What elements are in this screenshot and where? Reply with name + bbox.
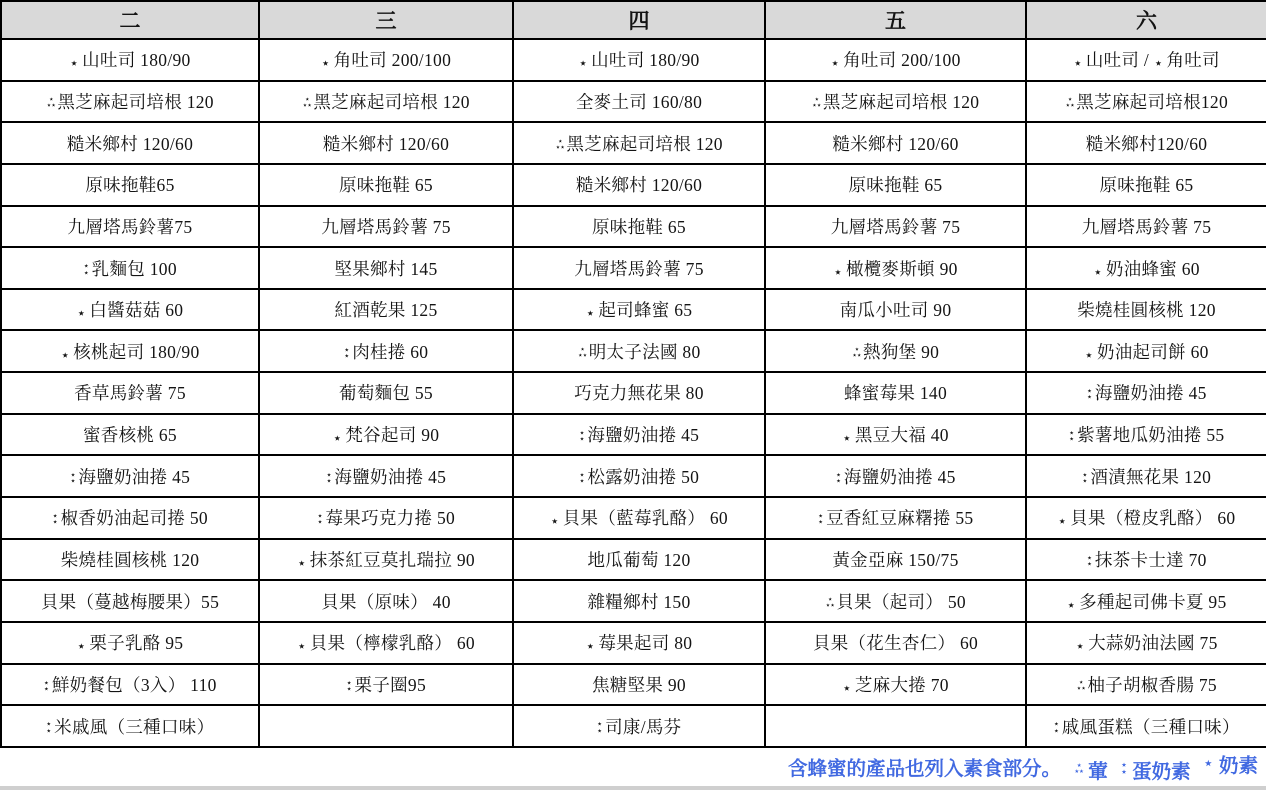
menu-cell: ⋆大蒜奶油法國 75	[1026, 622, 1266, 664]
menu-cell: ⋆⋆⋆黑芝麻起司培根 120	[513, 122, 765, 164]
menu-cell: ⋆⋆米戚風（三種口味）	[1, 705, 259, 747]
meat-marker-icon: ⋆⋆⋆	[577, 348, 586, 359]
milk-marker-icon: ⋆	[69, 56, 79, 71]
milk-marker-icon: ⋆	[333, 431, 343, 446]
menu-row: ⋆山吐司 180/90⋆角吐司 200/100⋆山吐司 180/90⋆角吐司 2…	[1, 39, 1266, 81]
legend-note: 含蜂蜜的產品也列入素食部分。	[788, 753, 1061, 781]
ovo-marker-icon: ⋆⋆	[70, 473, 77, 485]
menu-cell: ⋆⋆豆香紅豆麻糬捲 55	[765, 497, 1026, 539]
menu-cell: 南瓜小吐司 90	[765, 289, 1026, 331]
ovo-marker-icon: ⋆⋆	[344, 348, 351, 360]
menu-cell: 蜜香核桃 65	[1, 414, 259, 456]
milk-marker-icon: ⋆	[1075, 639, 1085, 654]
menu-cell: ⋆梵谷起司 90	[259, 414, 513, 456]
menu-cell: 原味拖鞋 65	[765, 164, 1026, 206]
menu-cell: 柴燒桂圓核桃 120	[1, 539, 259, 581]
menu-row: 香草馬鈴薯 75葡萄麵包 55巧克力無花果 80蜂蜜莓果 140⋆⋆海鹽奶油捲 …	[1, 372, 1266, 414]
milk-marker-icon: ⋆	[1058, 514, 1068, 529]
menu-cell: ⋆莓果起司 80	[513, 622, 765, 664]
milk-marker-icon: ⋆	[1066, 598, 1076, 613]
menu-cell: 全麥土司 160/80	[513, 81, 765, 123]
menu-cell: ⋆⋆栗子圈95	[259, 664, 513, 706]
menu-cell: 堅果鄉村 145	[259, 247, 513, 289]
ovo-marker-icon: ⋆⋆	[83, 264, 90, 276]
menu-row: ⋆⋆海鹽奶油捲 45⋆⋆海鹽奶油捲 45⋆⋆松露奶油捲 50⋆⋆海鹽奶油捲 45…	[1, 455, 1266, 497]
menu-cell: ⋆抹茶紅豆莫扎瑞拉 90	[259, 539, 513, 581]
milk-marker-icon: ⋆	[830, 56, 840, 71]
meat-marker-icon: ⋆⋆⋆	[825, 598, 834, 609]
menu-row: 貝果（蔓越梅腰果）55貝果（原味） 40雜糧鄉村 150⋆⋆⋆貝果（起司） 50…	[1, 580, 1266, 622]
ovo-marker-icon: ⋆⋆	[1069, 431, 1076, 443]
menu-row: 糙米鄉村 120/60糙米鄉村 120/60⋆⋆⋆黑芝麻起司培根 120糙米鄉村…	[1, 122, 1266, 164]
menu-cell: ⋆⋆⋆柚子胡椒香腸 75	[1026, 664, 1266, 706]
menu-cell: ⋆貝果（橙皮乳酪） 60	[1026, 497, 1266, 539]
milk-marker-icon: ⋆	[1073, 56, 1083, 71]
menu-cell: ⋆角吐司 200/100	[765, 39, 1026, 81]
menu-cell: 九層塔馬鈴薯 75	[259, 206, 513, 248]
legend-label: 葷	[1088, 756, 1108, 784]
menu-cell: 葡萄麵包 55	[259, 372, 513, 414]
ovo-marker-icon: ⋆⋆	[1121, 763, 1127, 775]
ovo-marker-icon: ⋆⋆	[1086, 389, 1093, 401]
menu-row: ⋆栗子乳酪 95⋆貝果（檸檬乳酪） 60⋆莓果起司 80貝果（花生杏仁） 60⋆…	[1, 622, 1266, 664]
day-header: 三	[259, 1, 513, 39]
menu-cell: ⋆⋆松露奶油捲 50	[513, 455, 765, 497]
milk-marker-icon: ⋆	[1093, 265, 1103, 280]
menu-body: ⋆山吐司 180/90⋆角吐司 200/100⋆山吐司 180/90⋆角吐司 2…	[1, 39, 1266, 747]
milk-marker-icon: ⋆	[1154, 56, 1164, 71]
menu-cell: ⋆山吐司 / ⋆角吐司	[1026, 39, 1266, 81]
menu-cell	[765, 705, 1026, 747]
weekly-menu-table: 二三四五六 ⋆山吐司 180/90⋆角吐司 200/100⋆山吐司 180/90…	[0, 0, 1266, 748]
menu-cell: ⋆⋆鮮奶餐包（3入） 110	[1, 664, 259, 706]
menu-cell: ⋆⋆抹茶卡士達 70	[1026, 539, 1266, 581]
meat-marker-icon: ⋆⋆⋆	[812, 98, 821, 109]
day-header: 二	[1, 1, 259, 39]
weekly-menu-page: 二三四五六 ⋆山吐司 180/90⋆角吐司 200/100⋆山吐司 180/90…	[0, 0, 1266, 790]
ovo-marker-icon: ⋆⋆	[579, 473, 586, 485]
menu-cell: ⋆⋆紫薯地瓜奶油捲 55	[1026, 414, 1266, 456]
menu-cell: ⋆山吐司 180/90	[1, 39, 259, 81]
menu-cell: 九層塔馬鈴薯 75	[765, 206, 1026, 248]
legend-item: ⋆⋆蛋奶素	[1121, 756, 1191, 784]
menu-cell: ⋆芝麻大捲 70	[765, 664, 1026, 706]
menu-cell: 貝果（蔓越梅腰果）55	[1, 580, 259, 622]
menu-cell: ⋆⋆司康/馬芬	[513, 705, 765, 747]
ovo-marker-icon: ⋆⋆	[1053, 722, 1060, 734]
menu-cell: ⋆起司蜂蜜 65	[513, 289, 765, 331]
menu-row: ⋆⋆椒香奶油起司捲 50⋆⋆莓果巧克力捲 50⋆貝果（藍莓乳酪） 60⋆⋆豆香紅…	[1, 497, 1266, 539]
menu-cell: 九層塔馬鈴薯75	[1, 206, 259, 248]
menu-row: ⋆核桃起司 180/90⋆⋆肉桂捲 60⋆⋆⋆明太子法國 80⋆⋆⋆熱狗堡 90…	[1, 330, 1266, 372]
ovo-marker-icon: ⋆⋆	[52, 514, 59, 526]
menu-cell: ⋆⋆肉桂捲 60	[259, 330, 513, 372]
menu-row: ⋆⋆乳麵包 100堅果鄉村 145九層塔馬鈴薯 75⋆橄欖麥斯頓 90⋆奶油蜂蜜…	[1, 247, 1266, 289]
menu-cell: ⋆核桃起司 180/90	[1, 330, 259, 372]
menu-cell: 香草馬鈴薯 75	[1, 372, 259, 414]
menu-cell: 九層塔馬鈴薯 75	[1026, 206, 1266, 248]
menu-cell: ⋆⋆⋆黑芝麻起司培根 120	[1, 81, 259, 123]
milk-marker-icon: ⋆	[77, 306, 87, 321]
menu-row: 蜜香核桃 65⋆梵谷起司 90⋆⋆海鹽奶油捲 45⋆黑豆大福 40⋆⋆紫薯地瓜奶…	[1, 414, 1266, 456]
menu-cell: ⋆⋆椒香奶油起司捲 50	[1, 497, 259, 539]
menu-cell: ⋆角吐司 200/100	[259, 39, 513, 81]
legend-items: ⋆⋆⋆葷⋆⋆蛋奶素⋆奶素	[1061, 750, 1258, 784]
menu-cell: 柴燒桂圓核桃 120	[1026, 289, 1266, 331]
page-bottom-edge	[0, 786, 1266, 790]
meat-marker-icon: ⋆⋆⋆	[302, 98, 311, 109]
menu-cell: ⋆⋆⋆黑芝麻起司培根 120	[765, 81, 1026, 123]
menu-cell: 黃金亞麻 150/75	[765, 539, 1026, 581]
legend-item: ⋆⋆⋆葷	[1074, 756, 1108, 784]
ovo-marker-icon: ⋆⋆	[597, 722, 604, 734]
menu-cell: ⋆⋆⋆熱狗堡 90	[765, 330, 1026, 372]
menu-cell: 焦糖堅果 90	[513, 664, 765, 706]
menu-row: ⋆⋆米戚風（三種口味）⋆⋆司康/馬芬⋆⋆戚風蛋糕（三種口味）	[1, 705, 1266, 747]
menu-cell: ⋆⋆酒漬無花果 120	[1026, 455, 1266, 497]
milk-marker-icon: ⋆	[1084, 348, 1094, 363]
meat-marker-icon: ⋆⋆⋆	[1074, 764, 1083, 775]
ovo-marker-icon: ⋆⋆	[43, 681, 50, 693]
menu-cell: 九層塔馬鈴薯 75	[513, 247, 765, 289]
menu-row: ⋆⋆鮮奶餐包（3入） 110⋆⋆栗子圈95焦糖堅果 90⋆芝麻大捲 70⋆⋆⋆柚…	[1, 664, 1266, 706]
menu-cell: ⋆栗子乳酪 95	[1, 622, 259, 664]
milk-marker-icon: ⋆	[61, 348, 71, 363]
menu-cell: 蜂蜜莓果 140	[765, 372, 1026, 414]
ovo-marker-icon: ⋆⋆	[835, 473, 842, 485]
milk-marker-icon: ⋆	[586, 306, 596, 321]
ovo-marker-icon: ⋆⋆	[46, 722, 53, 734]
day-header: 四	[513, 1, 765, 39]
menu-cell: ⋆⋆海鹽奶油捲 45	[1, 455, 259, 497]
menu-row: ⋆白醬菇菇 60紅酒乾果 125⋆起司蜂蜜 65南瓜小吐司 90柴燒桂圓核桃 1…	[1, 289, 1266, 331]
menu-cell: 糙米鄉村 120/60	[765, 122, 1026, 164]
menu-cell: ⋆⋆莓果巧克力捲 50	[259, 497, 513, 539]
menu-cell: 原味拖鞋 65	[513, 206, 765, 248]
menu-cell: ⋆⋆乳麵包 100	[1, 247, 259, 289]
meat-marker-icon: ⋆⋆⋆	[852, 348, 861, 359]
menu-row: ⋆⋆⋆黑芝麻起司培根 120⋆⋆⋆黑芝麻起司培根 120全麥土司 160/80⋆…	[1, 81, 1266, 123]
meat-marker-icon: ⋆⋆⋆	[555, 140, 564, 151]
menu-cell: 原味拖鞋 65	[1026, 164, 1266, 206]
menu-cell: ⋆多種起司佛卡夏 95	[1026, 580, 1266, 622]
menu-cell: 巧克力無花果 80	[513, 372, 765, 414]
menu-cell: ⋆⋆⋆貝果（起司） 50	[765, 580, 1026, 622]
meat-marker-icon: ⋆⋆⋆	[1076, 681, 1085, 692]
menu-cell: 糙米鄉村120/60	[1026, 122, 1266, 164]
menu-cell: 原味拖鞋65	[1, 164, 259, 206]
milk-marker-icon: ⋆	[550, 514, 560, 529]
menu-cell: ⋆黑豆大福 40	[765, 414, 1026, 456]
ovo-marker-icon: ⋆⋆	[1086, 556, 1093, 568]
menu-cell: 貝果（原味） 40	[259, 580, 513, 622]
menu-cell: ⋆⋆海鹽奶油捲 45	[513, 414, 765, 456]
menu-cell: 糙米鄉村 120/60	[259, 122, 513, 164]
menu-row: 原味拖鞋65原味拖鞋 65糙米鄉村 120/60原味拖鞋 65原味拖鞋 65	[1, 164, 1266, 206]
ovo-marker-icon: ⋆⋆	[1082, 473, 1089, 485]
legend-label: 奶素	[1219, 750, 1258, 778]
menu-cell: ⋆橄欖麥斯頓 90	[765, 247, 1026, 289]
menu-cell: ⋆⋆海鹽奶油捲 45	[1026, 372, 1266, 414]
milk-marker-icon: ⋆	[77, 639, 87, 654]
milk-marker-icon: ⋆	[1204, 756, 1213, 771]
milk-marker-icon: ⋆	[578, 56, 588, 71]
meat-marker-icon: ⋆⋆⋆	[46, 98, 55, 109]
menu-cell: ⋆白醬菇菇 60	[1, 289, 259, 331]
menu-cell: ⋆貝果（藍莓乳酪） 60	[513, 497, 765, 539]
menu-cell	[259, 705, 513, 747]
milk-marker-icon: ⋆	[297, 639, 307, 654]
milk-marker-icon: ⋆	[297, 556, 307, 571]
menu-cell: ⋆⋆⋆黑芝麻起司培根120	[1026, 81, 1266, 123]
menu-cell: 地瓜葡萄 120	[513, 539, 765, 581]
header-row: 二三四五六	[1, 1, 1266, 39]
ovo-marker-icon: ⋆⋆	[317, 514, 324, 526]
menu-cell: 紅酒乾果 125	[259, 289, 513, 331]
ovo-marker-icon: ⋆⋆	[326, 473, 333, 485]
legend-item: ⋆奶素	[1204, 750, 1258, 778]
menu-cell: ⋆⋆⋆黑芝麻起司培根 120	[259, 81, 513, 123]
menu-cell: 原味拖鞋 65	[259, 164, 513, 206]
menu-row: 柴燒桂圓核桃 120⋆抹茶紅豆莫扎瑞拉 90地瓜葡萄 120黃金亞麻 150/7…	[1, 539, 1266, 581]
milk-marker-icon: ⋆	[586, 639, 596, 654]
menu-cell: ⋆⋆戚風蛋糕（三種口味）	[1026, 705, 1266, 747]
milk-marker-icon: ⋆	[842, 431, 852, 446]
menu-cell: 貝果（花生杏仁） 60	[765, 622, 1026, 664]
menu-cell: ⋆貝果（檸檬乳酪） 60	[259, 622, 513, 664]
day-header: 六	[1026, 1, 1266, 39]
ovo-marker-icon: ⋆⋆	[579, 431, 586, 443]
day-header: 五	[765, 1, 1026, 39]
milk-marker-icon: ⋆	[321, 56, 331, 71]
legend-label: 蛋奶素	[1132, 756, 1191, 784]
ovo-marker-icon: ⋆⋆	[818, 514, 825, 526]
legend-footer: 含蜂蜜的產品也列入素食部分。 ⋆⋆⋆葷⋆⋆蛋奶素⋆奶素	[0, 748, 1266, 786]
menu-cell: 雜糧鄉村 150	[513, 580, 765, 622]
menu-cell: ⋆奶油起司餅 60	[1026, 330, 1266, 372]
ovo-marker-icon: ⋆⋆	[346, 681, 353, 693]
meat-marker-icon: ⋆⋆⋆	[1065, 98, 1074, 109]
milk-marker-icon: ⋆	[842, 681, 852, 696]
milk-marker-icon: ⋆	[833, 265, 843, 280]
menu-cell: ⋆⋆海鹽奶油捲 45	[259, 455, 513, 497]
menu-cell: ⋆⋆海鹽奶油捲 45	[765, 455, 1026, 497]
menu-cell: ⋆奶油蜂蜜 60	[1026, 247, 1266, 289]
menu-cell: ⋆⋆⋆明太子法國 80	[513, 330, 765, 372]
menu-row: 九層塔馬鈴薯75九層塔馬鈴薯 75原味拖鞋 65九層塔馬鈴薯 75九層塔馬鈴薯 …	[1, 206, 1266, 248]
menu-cell: 糙米鄉村 120/60	[513, 164, 765, 206]
menu-cell: ⋆山吐司 180/90	[513, 39, 765, 81]
menu-cell: 糙米鄉村 120/60	[1, 122, 259, 164]
